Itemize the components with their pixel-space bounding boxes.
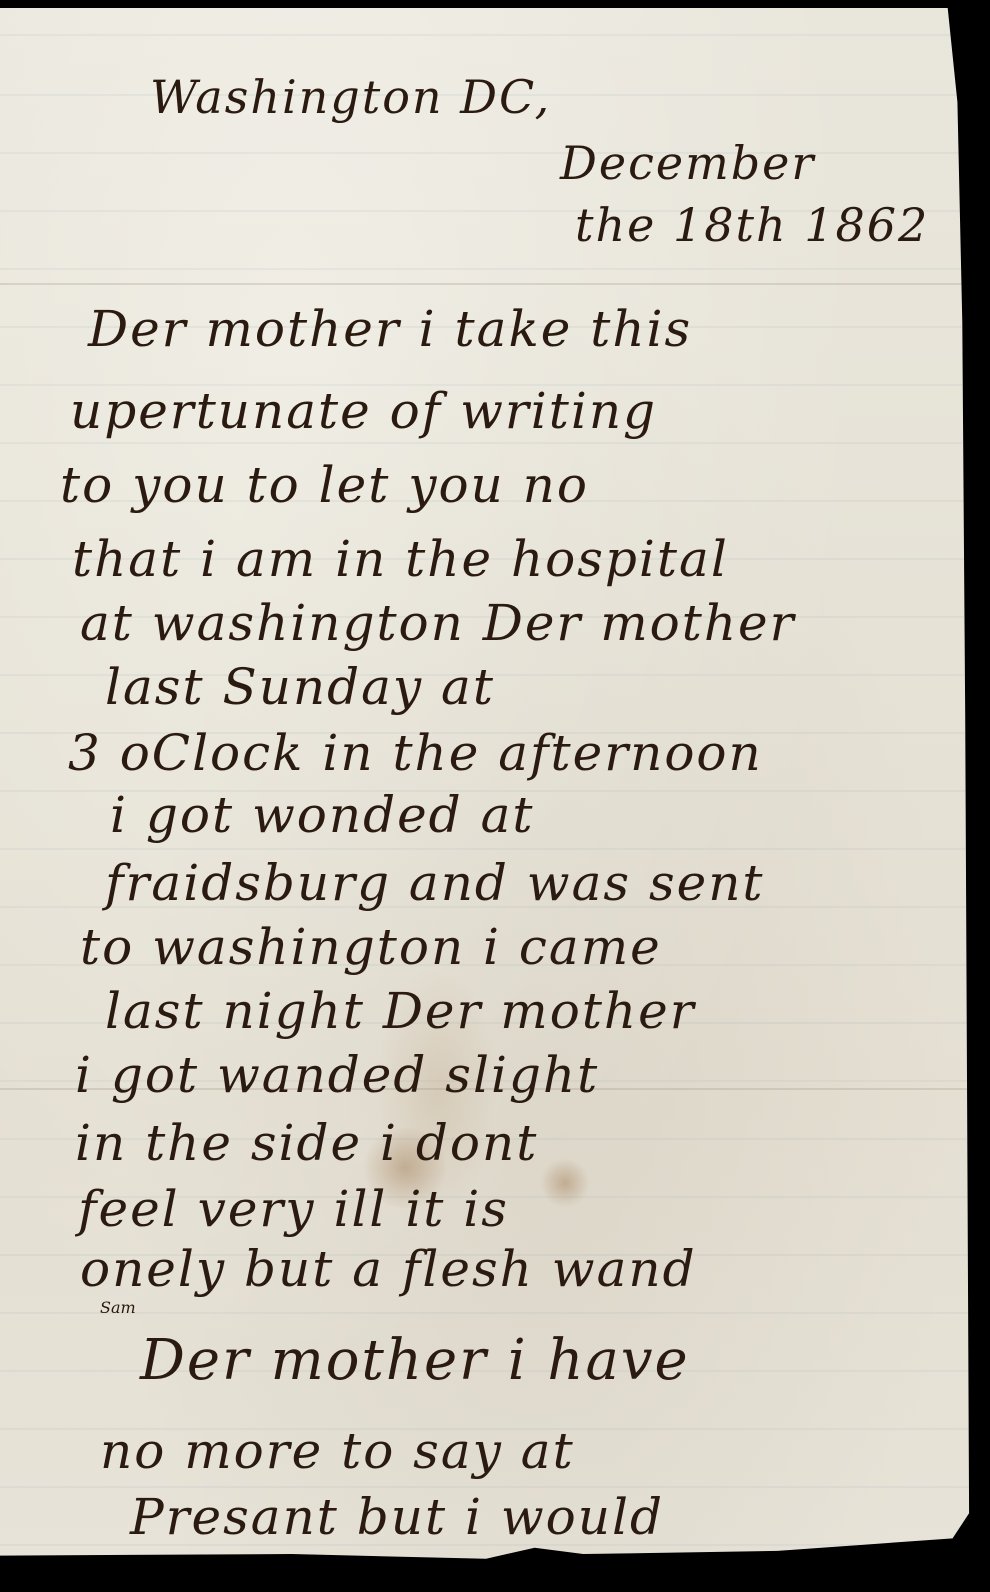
letter-date: the 18th 1862	[575, 198, 929, 252]
letter-line: i got wanded slight	[75, 1046, 599, 1104]
letter-place: Washington DC,	[150, 70, 551, 124]
ink-stain	[540, 1158, 590, 1208]
fold-crease	[0, 283, 972, 285]
margin-note: Sam	[100, 1298, 136, 1317]
letter-line: in the side i dont	[75, 1114, 538, 1172]
letter-line: last Sunday at	[105, 658, 495, 716]
letter-line: upertunate of writing	[70, 382, 657, 440]
letter-line: feel very ill it is	[78, 1180, 509, 1238]
letter-line: to you to let you no	[60, 456, 589, 514]
letter-line: fraidsburg and was sent	[105, 854, 765, 912]
letter-page: Washington DC, December the 18th 1862 De…	[0, 8, 972, 1576]
letter-line: Presant but i would	[130, 1488, 664, 1546]
letter-line: Der mother i have	[140, 1328, 690, 1393]
letter-line: last night Der mother	[105, 982, 696, 1040]
letter-line: Der mother i take this	[88, 300, 692, 358]
letter-line: at washington Der mother	[80, 594, 796, 652]
letter-line: to washington i came	[80, 918, 662, 976]
letter-month: December	[560, 136, 815, 190]
letter-line: onely but a flesh wand	[80, 1240, 697, 1298]
letter-line: i got wonded at	[110, 786, 534, 844]
letter-line: no more to say at	[100, 1422, 575, 1480]
letter-line: that i am in the hospital	[72, 530, 729, 588]
letter-line: 3 oClock in the afternoon	[68, 724, 763, 782]
